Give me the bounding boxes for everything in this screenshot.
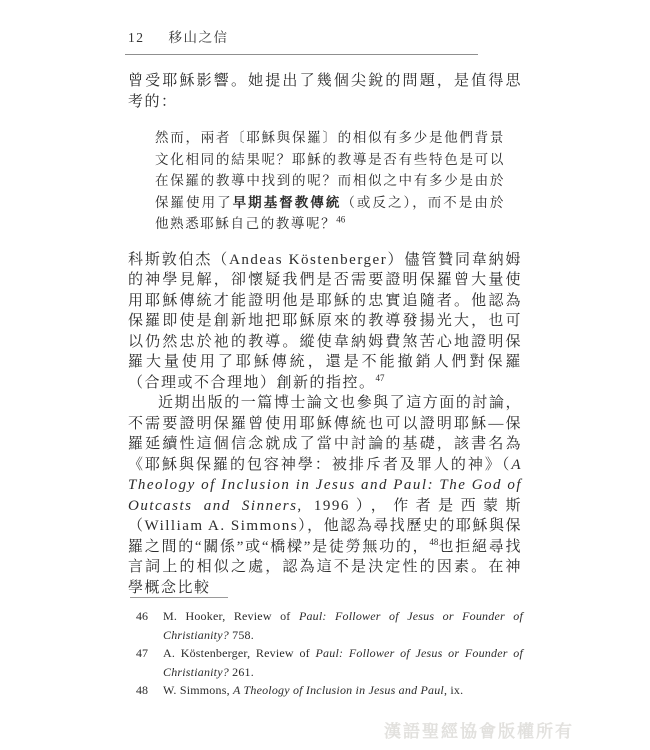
footnote-text: A. Köstenberger, Review of Paul: Followe… — [163, 644, 523, 681]
watermark: 漢語聖經協會版權所有 — [384, 717, 574, 742]
footnote-ref-46: 46 — [336, 215, 345, 225]
footnote-number: 47 — [128, 644, 163, 681]
footnote-page-ref: 261. — [229, 665, 254, 679]
header-rule — [125, 54, 478, 55]
paragraph-3-text-1: 近期出版的一篇博士論文也參與了這方面的討論，不需要證明保羅曾使用耶穌傳統也可以證… — [128, 395, 522, 473]
footnote-title-italic: A Theology of Inclusion in Jesus and Pau… — [233, 683, 444, 697]
footnote-text: M. Hooker, Review of Paul: Follower of J… — [163, 607, 523, 644]
footnote-citation: M. Hooker, Review of — [163, 609, 299, 623]
page-content: 12 移山之信 曾受耶穌影響。她提出了幾個尖銳的問題，是值得思考的： 然而，兩者… — [128, 26, 522, 598]
paragraph-2: 科斯敦伯杰（Andeas Köstenberger）儘管贊同韋納姆的神學見解，卻… — [128, 250, 522, 394]
footnote-rule — [130, 597, 228, 598]
footnote-citation: W. Simmons, — [163, 683, 233, 697]
book-page: 12 移山之信 曾受耶穌影響。她提出了幾個尖銳的問題，是值得思考的： 然而，兩者… — [0, 0, 650, 750]
page-header: 12 移山之信 — [128, 26, 522, 46]
footnote-48: 48 W. Simmons, A Theology of Inclusion i… — [128, 681, 523, 700]
footnote-46: 46 M. Hooker, Review of Paul: Follower o… — [128, 607, 523, 644]
paragraph-2-text: 科斯敦伯杰（Andeas Köstenberger）儘管贊同韋納姆的神學見解，卻… — [128, 252, 522, 391]
quote-bold-phrase: 早期基督教傳統 — [233, 195, 342, 210]
paragraph-1: 曾受耶穌影響。她提出了幾個尖銳的問題，是值得思考的： — [128, 71, 522, 112]
footnote-47: 47 A. Köstenberger, Review of Paul: Foll… — [128, 644, 523, 681]
footnote-text: W. Simmons, A Theology of Inclusion in J… — [163, 681, 523, 700]
footnotes-section: 46 M. Hooker, Review of Paul: Follower o… — [128, 607, 523, 700]
running-head: 移山之信 — [169, 26, 229, 46]
footnote-ref-47: 47 — [376, 373, 385, 383]
paragraph-3: 近期出版的一篇博士論文也參與了這方面的討論，不需要證明保羅曾使用耶穌傳統也可以證… — [128, 393, 522, 598]
footnote-ref-48: 48 — [429, 537, 438, 547]
footnote-page-ref: , ix. — [444, 683, 463, 697]
footnote-page-ref: 758. — [229, 628, 254, 642]
page-number: 12 — [128, 30, 145, 46]
footnote-citation: A. Köstenberger, Review of — [163, 646, 316, 660]
footnote-number: 48 — [128, 681, 163, 700]
block-quote: 然而，兩者〔耶穌與保羅〕的相似有多少是他們背景文化相同的結果呢？耶穌的教導是否有… — [155, 127, 505, 235]
footnote-number: 46 — [128, 607, 163, 644]
